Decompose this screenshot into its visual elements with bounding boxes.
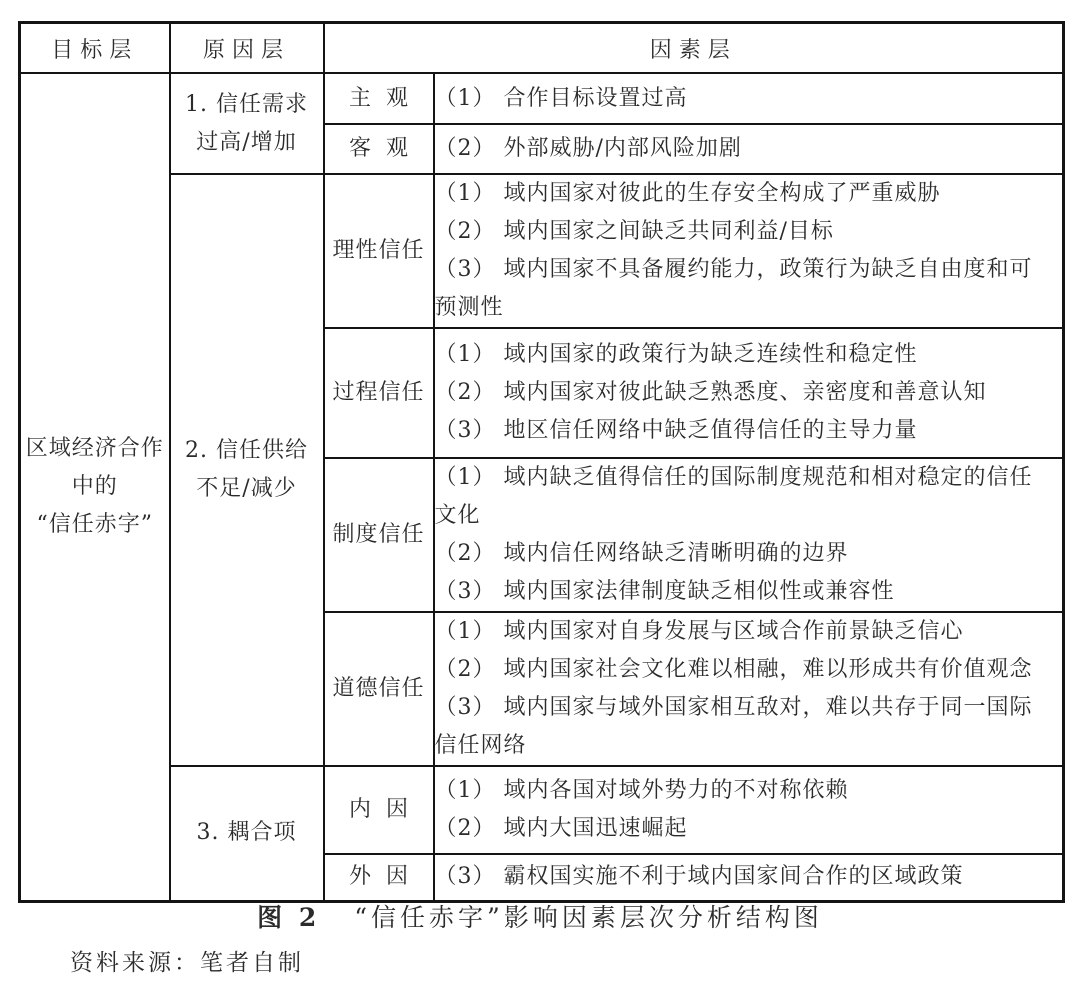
type-cell-process-trust: 过程信任 bbox=[324, 328, 434, 458]
figure-caption: 图 2“信任赤字”影响因素层次分析结构图 bbox=[18, 898, 1062, 934]
cause-cell-trust-supply: 2. 信任供给 不足/减少 bbox=[170, 174, 324, 766]
trust-deficit-analysis-table: 目标层 原因层 因素层 区域经济合作 中的 “信任赤字” 1. 信任需求 过高/… bbox=[18, 21, 1065, 903]
type-cell-internal-cause: 内因 bbox=[324, 766, 434, 854]
factor-cell: （1） 域内缺乏值得信任的国际制度规范和相对稳定的信任 文化 （2） 域内信任网… bbox=[434, 458, 1064, 612]
header-factor-layer: 因素层 bbox=[324, 23, 1064, 74]
type-cell-subjective: 主观 bbox=[324, 73, 434, 124]
table-row: 区域经济合作 中的 “信任赤字” 1. 信任需求 过高/增加 主观 （1） 合作… bbox=[20, 73, 1064, 124]
paper-figure-page: 目标层 原因层 因素层 区域经济合作 中的 “信任赤字” 1. 信任需求 过高/… bbox=[0, 0, 1080, 986]
factor-cell: （1） 域内国家对自身发展与区域合作前景缺乏信心 （2） 域内国家社会文化难以相… bbox=[434, 612, 1064, 766]
factor-cell: （3） 霸权国实施不利于域内国家间合作的区域政策 bbox=[434, 854, 1064, 901]
cause-cell-coupling: 3. 耦合项 bbox=[170, 766, 324, 901]
table-row: 2. 信任供给 不足/减少 理性信任 （1） 域内国家对彼此的生存安全构成了严重… bbox=[20, 174, 1064, 328]
type-cell-external-cause: 外因 bbox=[324, 854, 434, 901]
header-row: 目标层 原因层 因素层 bbox=[20, 23, 1064, 74]
target-layer-cell: 区域经济合作 中的 “信任赤字” bbox=[20, 73, 170, 901]
type-cell-institutional-trust: 制度信任 bbox=[324, 458, 434, 612]
header-target-layer: 目标层 bbox=[20, 23, 170, 74]
factor-cell: （1） 合作目标设置过高 bbox=[434, 73, 1064, 124]
type-cell-objective: 客观 bbox=[324, 124, 434, 174]
header-cause-layer: 原因层 bbox=[170, 23, 324, 74]
factor-cell: （2） 外部威胁/内部风险加剧 bbox=[434, 124, 1064, 174]
table-row: 3. 耦合项 内因 （1） 域内各国对域外势力的不对称依赖 （2） 域内大国迅速… bbox=[20, 766, 1064, 854]
type-cell-moral-trust: 道德信任 bbox=[324, 612, 434, 766]
factor-cell: （1） 域内国家的政策行为缺乏连续性和稳定性 （2） 域内国家对彼此缺乏熟悉度、… bbox=[434, 328, 1064, 458]
cause-cell-trust-demand: 1. 信任需求 过高/增加 bbox=[170, 73, 324, 174]
type-cell-rational-trust: 理性信任 bbox=[324, 174, 434, 328]
source-note: 资料来源：笔者自制 bbox=[70, 944, 304, 977]
factor-cell: （1） 域内各国对域外势力的不对称依赖 （2） 域内大国迅速崛起 bbox=[434, 766, 1064, 854]
factor-cell: （1） 域内国家对彼此的生存安全构成了严重威胁 （2） 域内国家之间缺乏共同利益… bbox=[434, 174, 1064, 328]
figure-title: “信任赤字”影响因素层次分析结构图 bbox=[354, 903, 823, 932]
figure-number: 图 2 bbox=[257, 903, 320, 932]
